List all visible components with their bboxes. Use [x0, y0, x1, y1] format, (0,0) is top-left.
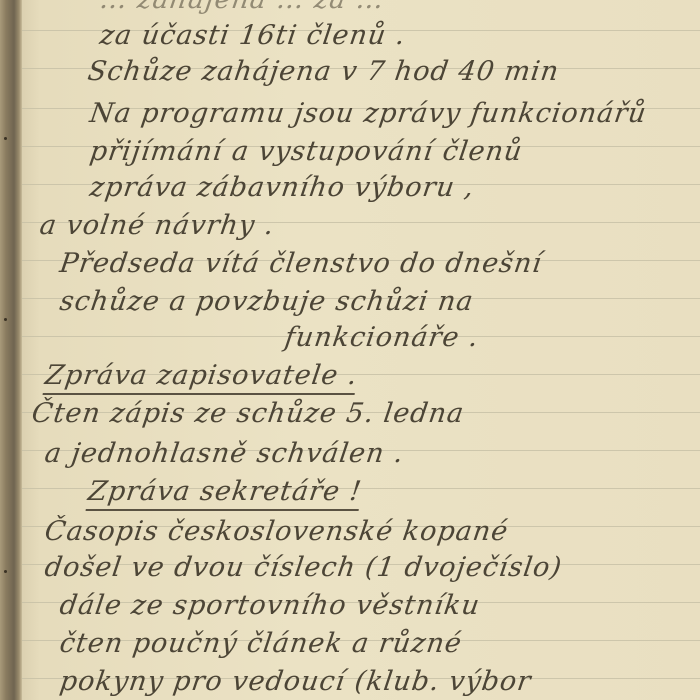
text-line: došel ve dvou číslech (1 dvoječíslo) [43, 552, 564, 583]
text-line: schůze a povzbuje schůzi na [58, 286, 476, 317]
text-line: a jednohlasně schválen . [43, 438, 406, 469]
text-line: Čten zápis ze schůze 5. ledna [30, 398, 467, 429]
text-line: čten poučný článek a různé [58, 628, 464, 659]
text-line: funkcionáře . [283, 322, 481, 353]
text-line: Na programu jsou zprávy funkcionářů [88, 98, 649, 129]
binding-mark [4, 137, 7, 140]
text-line: Časopis československé kopané [43, 516, 511, 547]
binding-mark [4, 570, 7, 573]
text-line: … zahájena … za … [98, 0, 387, 15]
text-line: přijímání a vystupování členů [88, 136, 525, 167]
binding-mark [4, 318, 7, 321]
text-line: dále ze sportovního věstníku [58, 590, 482, 621]
section-heading-sekretar: Zpráva sekretáře ! [86, 476, 364, 511]
text-line: zpráva zábavního výboru , [88, 172, 477, 203]
text-line: Předseda vítá členstvo do dnešní [58, 248, 544, 279]
text-line: Schůze zahájena v 7 hod 40 min [86, 56, 561, 87]
notebook-binding [0, 0, 22, 700]
text-line: pokyny pro vedoucí (klub. výbor [58, 666, 534, 697]
section-heading-zapisovatel: Zpráva zapisovatele . [43, 360, 360, 395]
text-line: za účasti 16ti členů . [98, 20, 408, 51]
text-line: a volné návrhy . [38, 210, 277, 241]
